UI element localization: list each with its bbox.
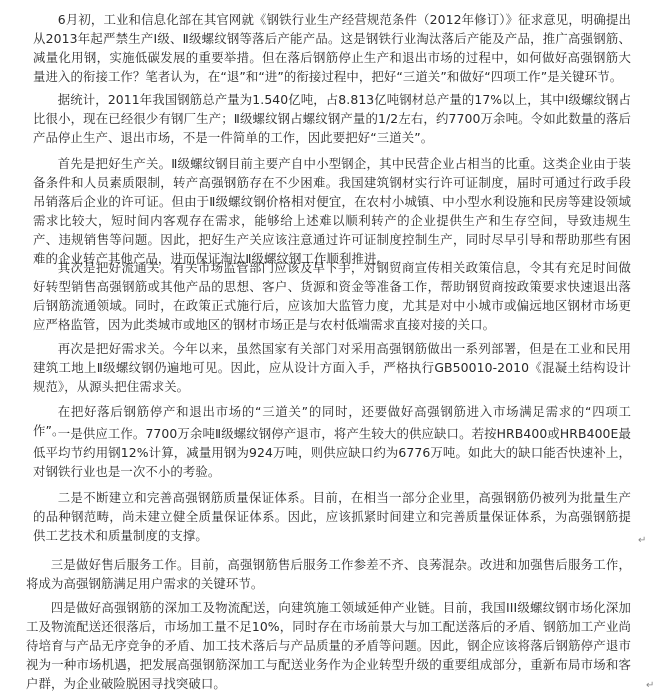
paragraph-demand-gate: 再次是把好需求关。今年以来，虽然国家有关部门对采用高强钢筋做出一系列部署，但是在… <box>33 339 631 396</box>
paragraph-statistics: 据统计，2011年我国钢筋总产量为1.540亿吨，占8.813亿吨钢材总产量的1… <box>33 90 631 147</box>
paragraph-intro: 6月初，工业和信息化部在其官网就《钢铁行业生产经营规范条件（2012年修订）》征… <box>33 10 631 86</box>
paragraph-production-gate: 首先是把好生产关。Ⅱ级螺纹钢目前主要产自中小型钢企，其中民营企业占相当的比重。这… <box>33 154 631 268</box>
paragraph-circulation-gate: 其次是把好流通关。有关市场监管部门应该及早下手，对钢贸商宣传相关政策信息，令其有… <box>33 258 631 334</box>
paragraph-task-after-sales: 三是做好售后服务工作。目前，高强钢筋售后服务工作参差不齐、良莠混杂。改进和加强售… <box>26 555 631 593</box>
paragraph-task-processing: 四是做好高强钢筋的深加工及物流配送，向建筑施工领域延伸产业链。目前，我国III级… <box>26 598 631 693</box>
paragraph-task-supply: 一是供应工作。7700万余吨Ⅱ级螺纹钢停产退市，将产生较大的供应缺口。若按HRB… <box>33 424 631 481</box>
paragraph-return-mark: ↵ <box>638 536 646 546</box>
paragraph-task-quality: 二是不断建立和完善高强钢筋质量保证体系。目前，在相当一部分企业里，高强钢筋仍被列… <box>33 488 631 545</box>
document-page: 6月初，工业和信息化部在其官网就《钢铁行业生产经营规范条件（2012年修订）》征… <box>0 0 663 694</box>
paragraph-return-mark: ↵ <box>646 681 654 691</box>
